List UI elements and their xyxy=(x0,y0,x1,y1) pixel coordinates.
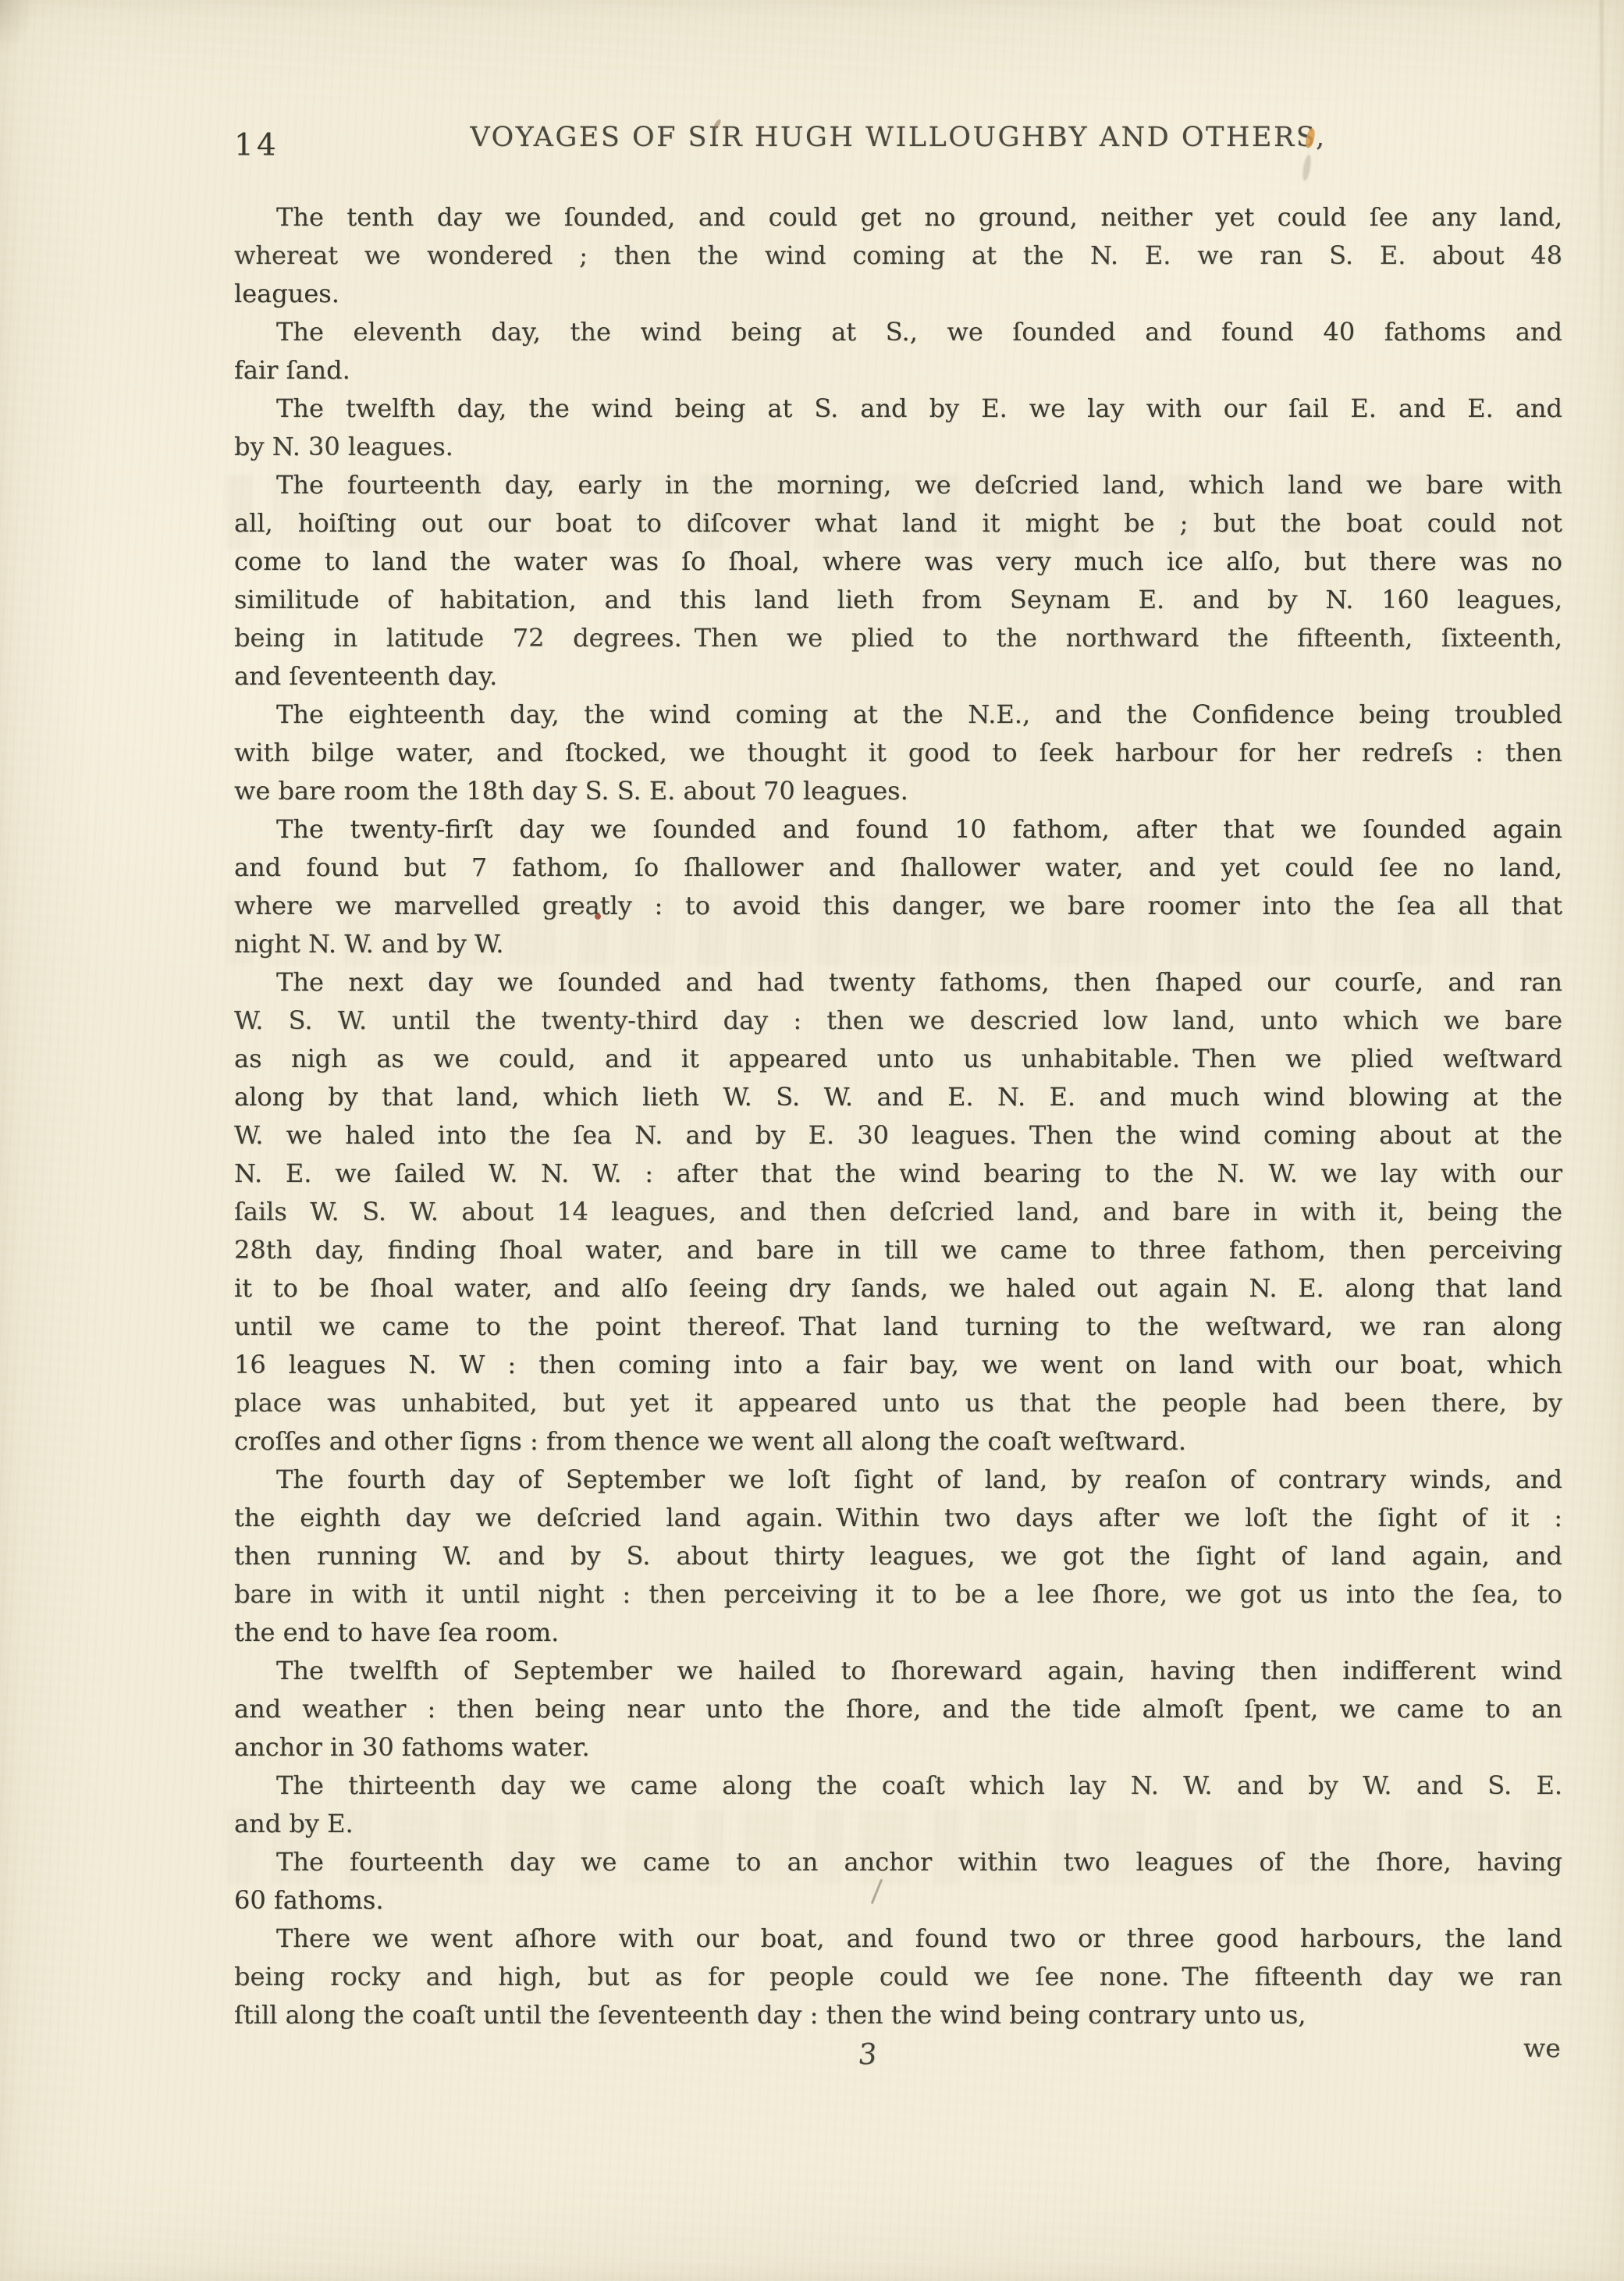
text-line: similitude of habitation, and this land … xyxy=(234,581,1562,619)
text-line: the eighth day we deſcried land again. W… xyxy=(234,1499,1562,1537)
text-line: N. E. we ſailed W. N. W. : after that th… xyxy=(234,1155,1562,1193)
text-line: it to be ſhoal water, and alſo ſeeing dr… xyxy=(234,1269,1562,1308)
text-line: and ſeventeenth day. xyxy=(234,657,1562,696)
red-fleck xyxy=(595,913,601,920)
text-line: The fourth day of September we loſt ſigh… xyxy=(234,1461,1562,1499)
text-line: 60 fathoms. xyxy=(234,1881,1562,1920)
text-line: night N. W. and by W. xyxy=(234,925,1562,963)
text-line: The twenty-firſt day we ſounded and foun… xyxy=(234,810,1562,849)
text-line: until we came to the point thereof. That… xyxy=(234,1308,1562,1346)
text-line: The tenth day we ſounded, and could get … xyxy=(234,198,1562,237)
page-number: 14 xyxy=(234,128,279,163)
text-line: The twelfth day, the wind being at S. an… xyxy=(234,390,1562,428)
text-line: 28th day, finding ſhoal water, and bare … xyxy=(234,1231,1562,1269)
text-line: W. we haled into the ſea N. and by E. 30… xyxy=(234,1116,1562,1155)
page-edge-line xyxy=(1600,0,1604,406)
text-line: as nigh as we could, and it appeared unt… xyxy=(234,1040,1562,1078)
text-line: The eighteenth day, the wind coming at t… xyxy=(234,696,1562,734)
text-line: then running W. and by S. about thirty l… xyxy=(234,1537,1562,1575)
text-line: where we marvelled greatly : to avoid th… xyxy=(234,887,1562,925)
text-line: place was unhabited, but yet it appeared… xyxy=(234,1384,1562,1422)
book-page: 14 VOYAGES OF SIR HUGH WILLOUGHBY AND OT… xyxy=(0,0,1624,2281)
text-line: There we went aſhore with our boat, and … xyxy=(234,1920,1562,1958)
text-line: The twelfth of September we hailed to ſh… xyxy=(234,1652,1562,1690)
text-line: bare in with it until night : then perce… xyxy=(234,1575,1562,1614)
text-line: croſſes and other ſigns : from thence we… xyxy=(234,1422,1562,1461)
text-line: along by that land, which lieth W. S. W.… xyxy=(234,1078,1562,1116)
text-line: being in latitude 72 degrees. Then we pl… xyxy=(234,619,1562,657)
text-line: and by E. xyxy=(234,1805,1562,1843)
text-line: with bilge water, and ſtocked, we though… xyxy=(234,734,1562,772)
text-line: 16 leagues N. W : then coming into a fai… xyxy=(234,1346,1562,1384)
text-line: The eleventh day, the wind being at S., … xyxy=(234,313,1562,351)
text-line: The next day we ſounded and had twenty f… xyxy=(234,963,1562,1002)
text-line: anchor in 30 fathoms water. xyxy=(234,1728,1562,1767)
text-line: and weather : then being near unto the ſ… xyxy=(234,1690,1562,1728)
text-line: ſails W. S. W. about 14 leagues, and the… xyxy=(234,1193,1562,1231)
text-line: and found but 7 fathom, ſo ſhallower and… xyxy=(234,849,1562,887)
text-line: the end to have ſea room. xyxy=(234,1614,1562,1652)
text-line: The fourteenth day we came to an anchor … xyxy=(234,1843,1562,1881)
text-line: The fourteenth day, early in the morning… xyxy=(234,466,1562,504)
catchword: we xyxy=(1523,2033,1561,2063)
text-line: being rocky and high, but as for people … xyxy=(234,1958,1562,1996)
signature-mark: 3 xyxy=(857,2037,879,2071)
text-line: ſtill along the coaſt until the ſeventee… xyxy=(234,1996,1562,2034)
running-head: 14 VOYAGES OF SIR HUGH WILLOUGHBY AND OT… xyxy=(234,122,1562,165)
text-line: fair ſand. xyxy=(234,351,1562,390)
text-line: by N. 30 leagues. xyxy=(234,428,1562,466)
text-line: we bare room the 18th day S. S. E. about… xyxy=(234,772,1562,810)
running-title: VOYAGES OF SIR HUGH WILLOUGHBY AND OTHER… xyxy=(234,122,1562,153)
text-line: The thirteenth day we came along the coa… xyxy=(234,1767,1562,1805)
body-text: The tenth day we ſounded, and could get … xyxy=(234,198,1562,2034)
text-line: all, hoiſting out our boat to diſcover w… xyxy=(234,504,1562,543)
text-line: leagues. xyxy=(234,275,1562,313)
text-line: W. S. W. until the twenty-third day : th… xyxy=(234,1002,1562,1040)
text-line: come to land the water was ſo ſhoal, whe… xyxy=(234,543,1562,581)
text-line: whereat we wondered ; then the wind comi… xyxy=(234,237,1562,275)
corner-shadow xyxy=(0,0,55,86)
